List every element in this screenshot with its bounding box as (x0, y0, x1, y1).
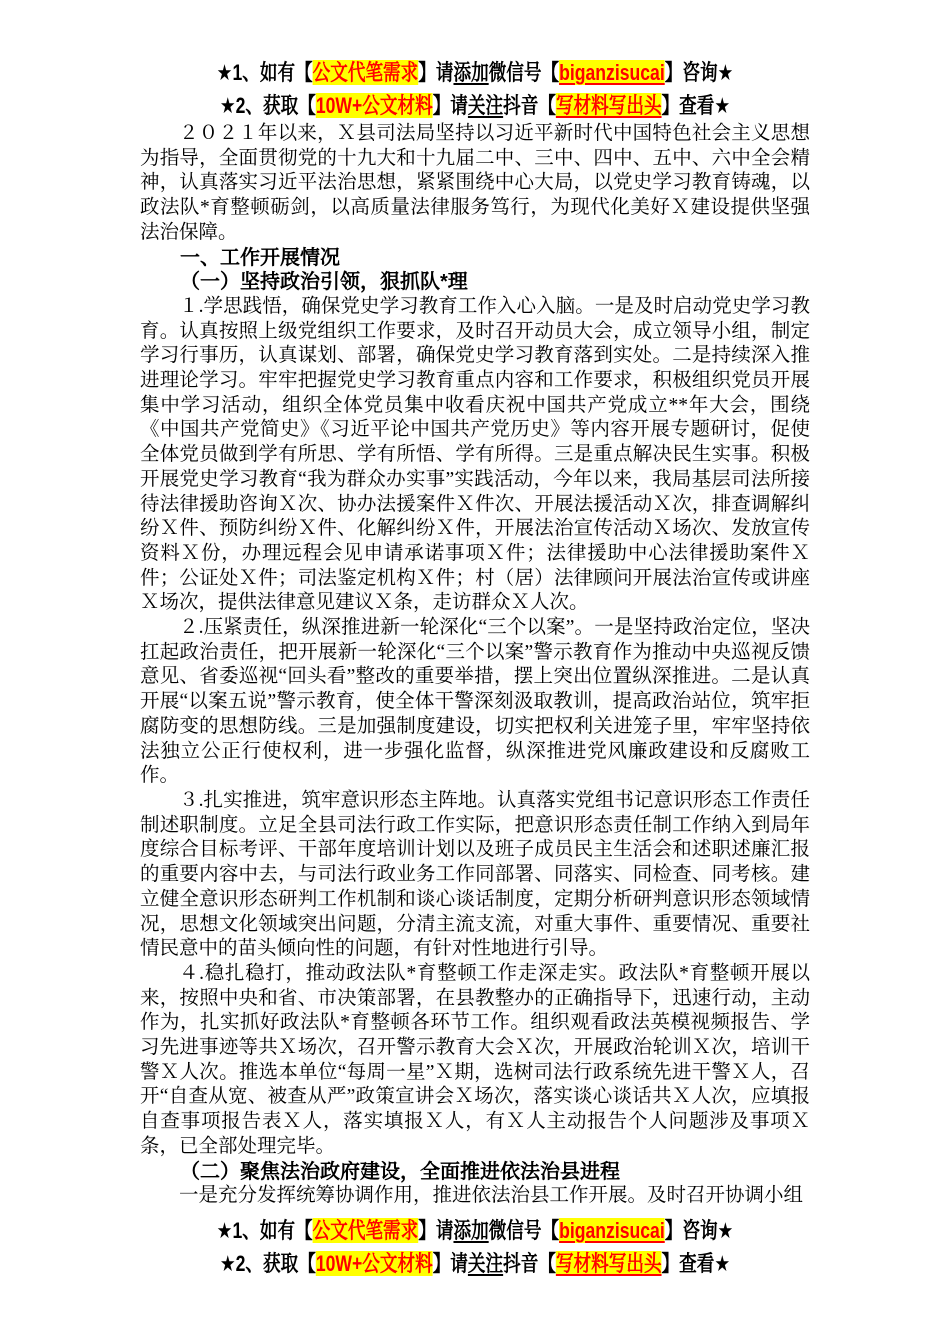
paragraph: ２.压紧责任，纵深推进新一轮深化“三个以案”。一是坚持政治定位，坚决扛起政治责任… (140, 616, 810, 789)
promo-highlighted-term: 公文代笔需求 (313, 60, 419, 85)
paragraph: １.学思践悟，确保党史学习教育工作入心入脑。一是及时启动党史学习教育。认真按照上… (140, 295, 810, 616)
promo-text: 添加 (453, 60, 488, 85)
promo-text: ★1、如有【 (217, 1218, 313, 1243)
paragraph: ３.扎实推进，筑牢意识形态主阵地。认真落实党组书记意识形态工作责任制述职制度。立… (140, 789, 810, 962)
promo-text: 】咨询★ (665, 1218, 734, 1243)
promo-text: 微信号【 (489, 60, 559, 85)
promo-header: ★1、如有【公文代笔需求】请添加微信号【biganzisucai】咨询★★2、获… (140, 56, 810, 122)
promo-text: ★1、如有【 (217, 60, 313, 85)
promo-highlighted-term: biganzisucai (559, 1218, 665, 1243)
promo-text: 关注 (468, 1251, 503, 1276)
subsection-heading: （二）聚焦法治政府建设，全面推进依法治县进程 (140, 1160, 810, 1185)
promo-text: 】请 (418, 1218, 453, 1243)
document-page: ★1、如有【公文代笔需求】请添加微信号【biganzisucai】咨询★★2、获… (0, 0, 950, 1344)
document-body: ２０２１年以来，Ｘ县司法局坚持以习近平新时代中国特色社会主义思想为指导，全面贯彻… (140, 122, 810, 1209)
paragraph: 一是充分发挥统筹协调作用，推进依法治县工作开展。及时召开协调小组 (140, 1184, 810, 1209)
paragraph: ４.稳扎稳打，推动政法队*育整顿工作走深走实。政法队*育整顿开展以来，按照中央和… (140, 962, 810, 1160)
promo-text: 】咨询★ (665, 60, 734, 85)
promo-text: ★2、获取【 (220, 1251, 316, 1276)
promo-highlighted-term: 10W+公文材料 (316, 93, 433, 118)
promo-highlighted-term: biganzisucai (559, 60, 665, 85)
promo-footer-line-2: ★2、获取【10W+公文材料】请关注抖音【写材料写出头】查看★ (207, 1247, 743, 1280)
promo-text: 添加 (453, 1218, 488, 1243)
promo-text: 抖音【 (503, 1251, 556, 1276)
subsection-heading: （一）坚持政治引领，狠抓队*理 (140, 270, 810, 295)
promo-header-line-1: ★1、如有【公文代笔需求】请添加微信号【biganzisucai】咨询★ (207, 56, 743, 89)
promo-highlighted-term: 写材料写出头 (556, 1251, 662, 1276)
promo-text: 抖音【 (503, 93, 556, 118)
section-heading: 一、工作开展情况 (140, 246, 810, 271)
promo-highlighted-term: 写材料写出头 (556, 93, 662, 118)
promo-footer: ★1、如有【公文代笔需求】请添加微信号【biganzisucai】咨询★★2、获… (140, 1214, 810, 1280)
promo-highlighted-term: 10W+公文材料 (316, 1251, 433, 1276)
promo-text: 】请 (433, 1251, 468, 1276)
promo-text: 微信号【 (489, 1218, 559, 1243)
paragraph: ２０２１年以来，Ｘ县司法局坚持以习近平新时代中国特色社会主义思想为指导，全面贯彻… (140, 122, 810, 246)
promo-text: 】查看★ (662, 93, 731, 118)
promo-text: 】请 (418, 60, 453, 85)
promo-header-line-2: ★2、获取【10W+公文材料】请关注抖音【写材料写出头】查看★ (207, 89, 743, 122)
promo-text: ★2、获取【 (220, 93, 316, 118)
promo-highlighted-term: 公文代笔需求 (313, 1218, 419, 1243)
promo-text: 】请 (433, 93, 468, 118)
promo-text: 关注 (468, 93, 503, 118)
promo-text: 】查看★ (662, 1251, 731, 1276)
promo-footer-line-1: ★1、如有【公文代笔需求】请添加微信号【biganzisucai】咨询★ (207, 1214, 743, 1247)
